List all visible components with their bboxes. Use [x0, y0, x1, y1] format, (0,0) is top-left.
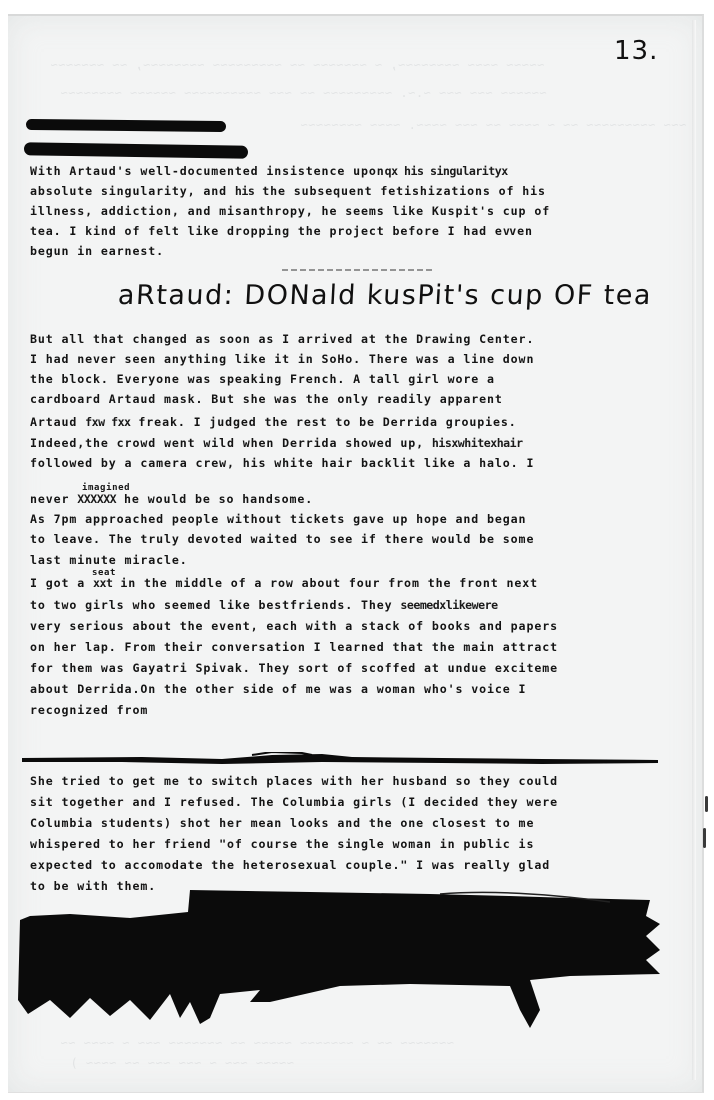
text-line: absolute singularity, and his the subseq… — [30, 186, 546, 198]
text-line: Artaud fxw fxx freak. I judged the rest … — [30, 417, 517, 429]
bleed-through-texture: ~~~~~ ~~~~ ~~~~~~~~, ~ ~~~~~~~ ~~ ~~~~~~… — [50, 58, 544, 72]
text-line: on her lap. From their conversation I le… — [30, 642, 558, 654]
staple-mark — [703, 828, 706, 848]
text-line: about Derrida.On the other side of me wa… — [30, 684, 526, 696]
page-edge — [692, 20, 696, 1080]
text-line: tea. I kind of felt like dropping the pr… — [30, 226, 533, 238]
text-line: expected to accomodate the heterosexual … — [30, 860, 550, 872]
text-line: very serious about the event, each with … — [30, 621, 558, 633]
text-line: for them was Gayatri Spivak. They sort o… — [30, 663, 558, 675]
text-line: followed by a camera crew, his white hai… — [30, 458, 534, 470]
text-line: to leave. The truly devoted waited to se… — [30, 534, 534, 546]
text-line: sit together and I refused. The Columbia… — [30, 797, 558, 809]
staple-mark — [705, 796, 708, 812]
text-line: Columbia students) shot her mean looks a… — [30, 818, 534, 830]
redacted-line — [22, 752, 658, 766]
text-line: With Artaud's well-documented insistence… — [30, 166, 508, 178]
text-line: recognized from — [30, 705, 148, 717]
text-line: whispered to her friend "of course the s… — [30, 839, 534, 851]
text-line: Indeed,the crowd went wild when Derrida … — [30, 438, 523, 450]
redacted-block — [10, 890, 662, 1040]
bleed-through-texture: ~~~~~~ ~~~ ~~~ ~.~. ~~~~~~~~~ ~~ ~~~ ~~~… — [60, 86, 547, 100]
text-line: I got a xxt in the middle of a row about… — [30, 578, 538, 590]
bleed-through-texture: ~~~~~ ~~~ ~ ~~~ ~~~ ~~ ~~~~ ) — [70, 1056, 294, 1070]
smudge-mark — [282, 269, 432, 271]
handwritten-heading: aRtaud: DONald kusPit's cup OF tea — [117, 280, 653, 311]
text-line: As 7pm approached people without tickets… — [30, 514, 526, 526]
text-line: But all that changed as soon as I arrive… — [30, 334, 534, 346]
text-line: illness, addiction, and misanthropy, he … — [30, 206, 550, 218]
text-line: begun in earnest. — [30, 246, 164, 258]
text-line: She tried to get me to switch places wit… — [30, 776, 558, 788]
text-line: never XXXXXX he would be so handsome. — [30, 494, 313, 506]
page-number: 13. — [614, 36, 658, 66]
text-line: the block. Everyone was speaking French.… — [30, 374, 495, 386]
text-line: cardboard Artaud mask. But she was the o… — [30, 394, 503, 406]
redaction-bar — [26, 119, 226, 132]
text-line: last minute miracle. — [30, 555, 188, 567]
text-line: I had never seen anything like it in SoH… — [30, 354, 534, 366]
bleed-through-texture: ~~~ ~~~~~~~~~ ~~ ~ ~~~~ ~~ ~~~ ~~~~. ~~~… — [300, 118, 686, 132]
text-line: to two girls who seemed like bestfriends… — [30, 600, 498, 612]
